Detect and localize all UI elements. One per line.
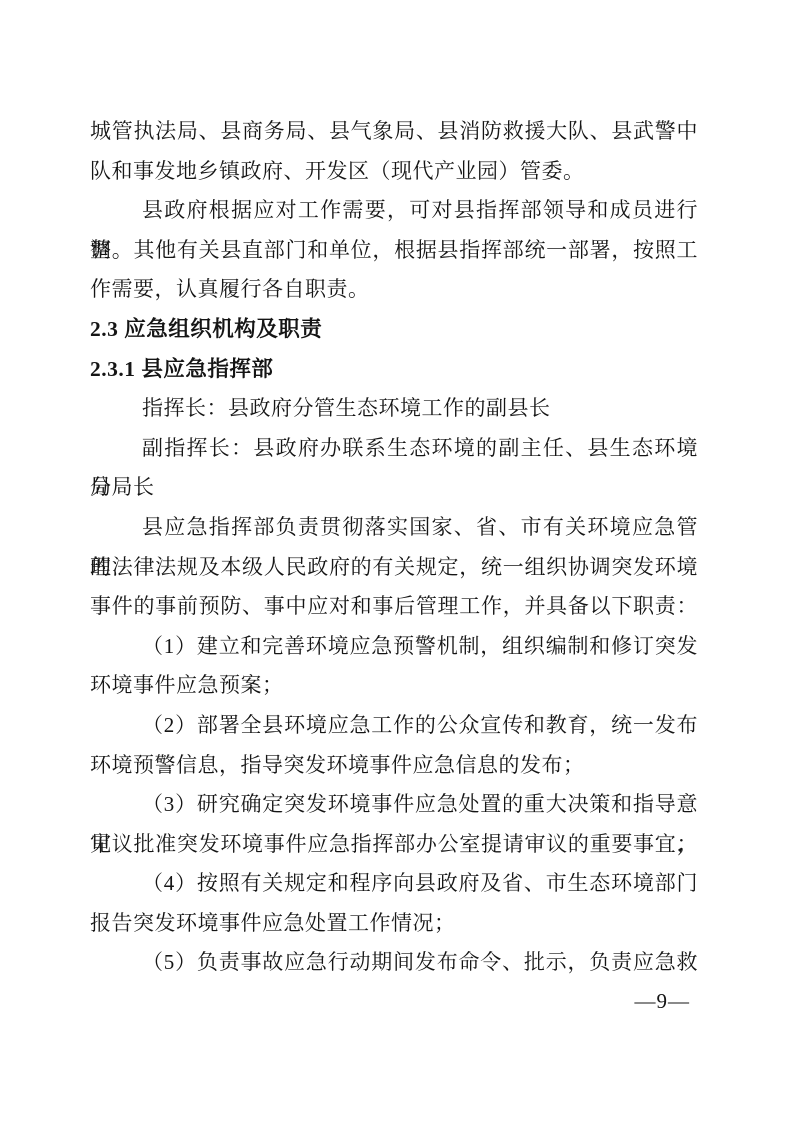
text-line: 作需要，认真履行各自职责。 bbox=[90, 270, 698, 310]
text-line: 县政府根据应对工作需要，可对县指挥部领导和成员进行调 bbox=[90, 191, 698, 231]
text-line: 整。其他有关县直部门和单位，根据县指挥部统一部署，按照工 bbox=[90, 231, 698, 271]
page-number: —9— bbox=[635, 989, 691, 1013]
text-line: （4）按照有关规定和程序向县政府及省、市生态环境部门 bbox=[90, 864, 698, 904]
text-line: （3）研究确定突发环境事件应急处置的重大决策和指导意见， bbox=[90, 785, 698, 825]
text-line: （1）建立和完善环境应急预警机制，组织编制和修订突发 bbox=[90, 627, 698, 667]
page-content: 城管执法局、县商务局、县气象局、县消防救援大队、县武警中队和事发地乡镇政府、开发… bbox=[90, 112, 698, 983]
page-footer: —9— bbox=[90, 986, 690, 1016]
text-line: 指挥长：县政府分管生态环境工作的副县长 bbox=[90, 389, 698, 429]
text-line: 审议批准突发环境事件应急指挥部办公室提请审议的重要事宜； bbox=[90, 825, 698, 865]
text-line: （5）负责事故应急行动期间发布命令、批示，负责应急救 bbox=[90, 943, 698, 983]
text-line: （2）部署全县环境应急工作的公众宣传和教育，统一发布 bbox=[90, 706, 698, 746]
section-heading-2: 2.3 应急组织机构及职责 bbox=[90, 310, 698, 350]
text-line: 队和事发地乡镇政府、开发区（现代产业园）管委。 bbox=[90, 152, 698, 192]
text-line: 环境预警信息，指导突发环境事件应急信息的发布； bbox=[90, 746, 698, 786]
text-line: 城管执法局、县商务局、县气象局、县消防救援大队、县武警中 bbox=[90, 112, 698, 152]
text-line: 的法律法规及本级人民政府的有关规定，统一组织协调突发环境 bbox=[90, 548, 698, 588]
text-line: 报告突发环境事件应急处置工作情况； bbox=[90, 904, 698, 944]
text-line: 县应急指挥部负责贯彻落实国家、省、市有关环境应急管理 bbox=[90, 508, 698, 548]
document-page: 城管执法局、县商务局、县气象局、县消防救援大队、县武警中队和事发地乡镇政府、开发… bbox=[0, 0, 793, 1122]
text-line: 事件的事前预防、事中应对和事后管理工作，并具备以下职责： bbox=[90, 587, 698, 627]
text-line: 副指挥长：县政府办联系生态环境的副主任、县生态环境分 bbox=[90, 429, 698, 469]
section-heading-3: 2.3.1 县应急指挥部 bbox=[90, 350, 698, 390]
text-line: 环境事件应急预案； bbox=[90, 666, 698, 706]
text-line: 局局长 bbox=[90, 468, 698, 508]
